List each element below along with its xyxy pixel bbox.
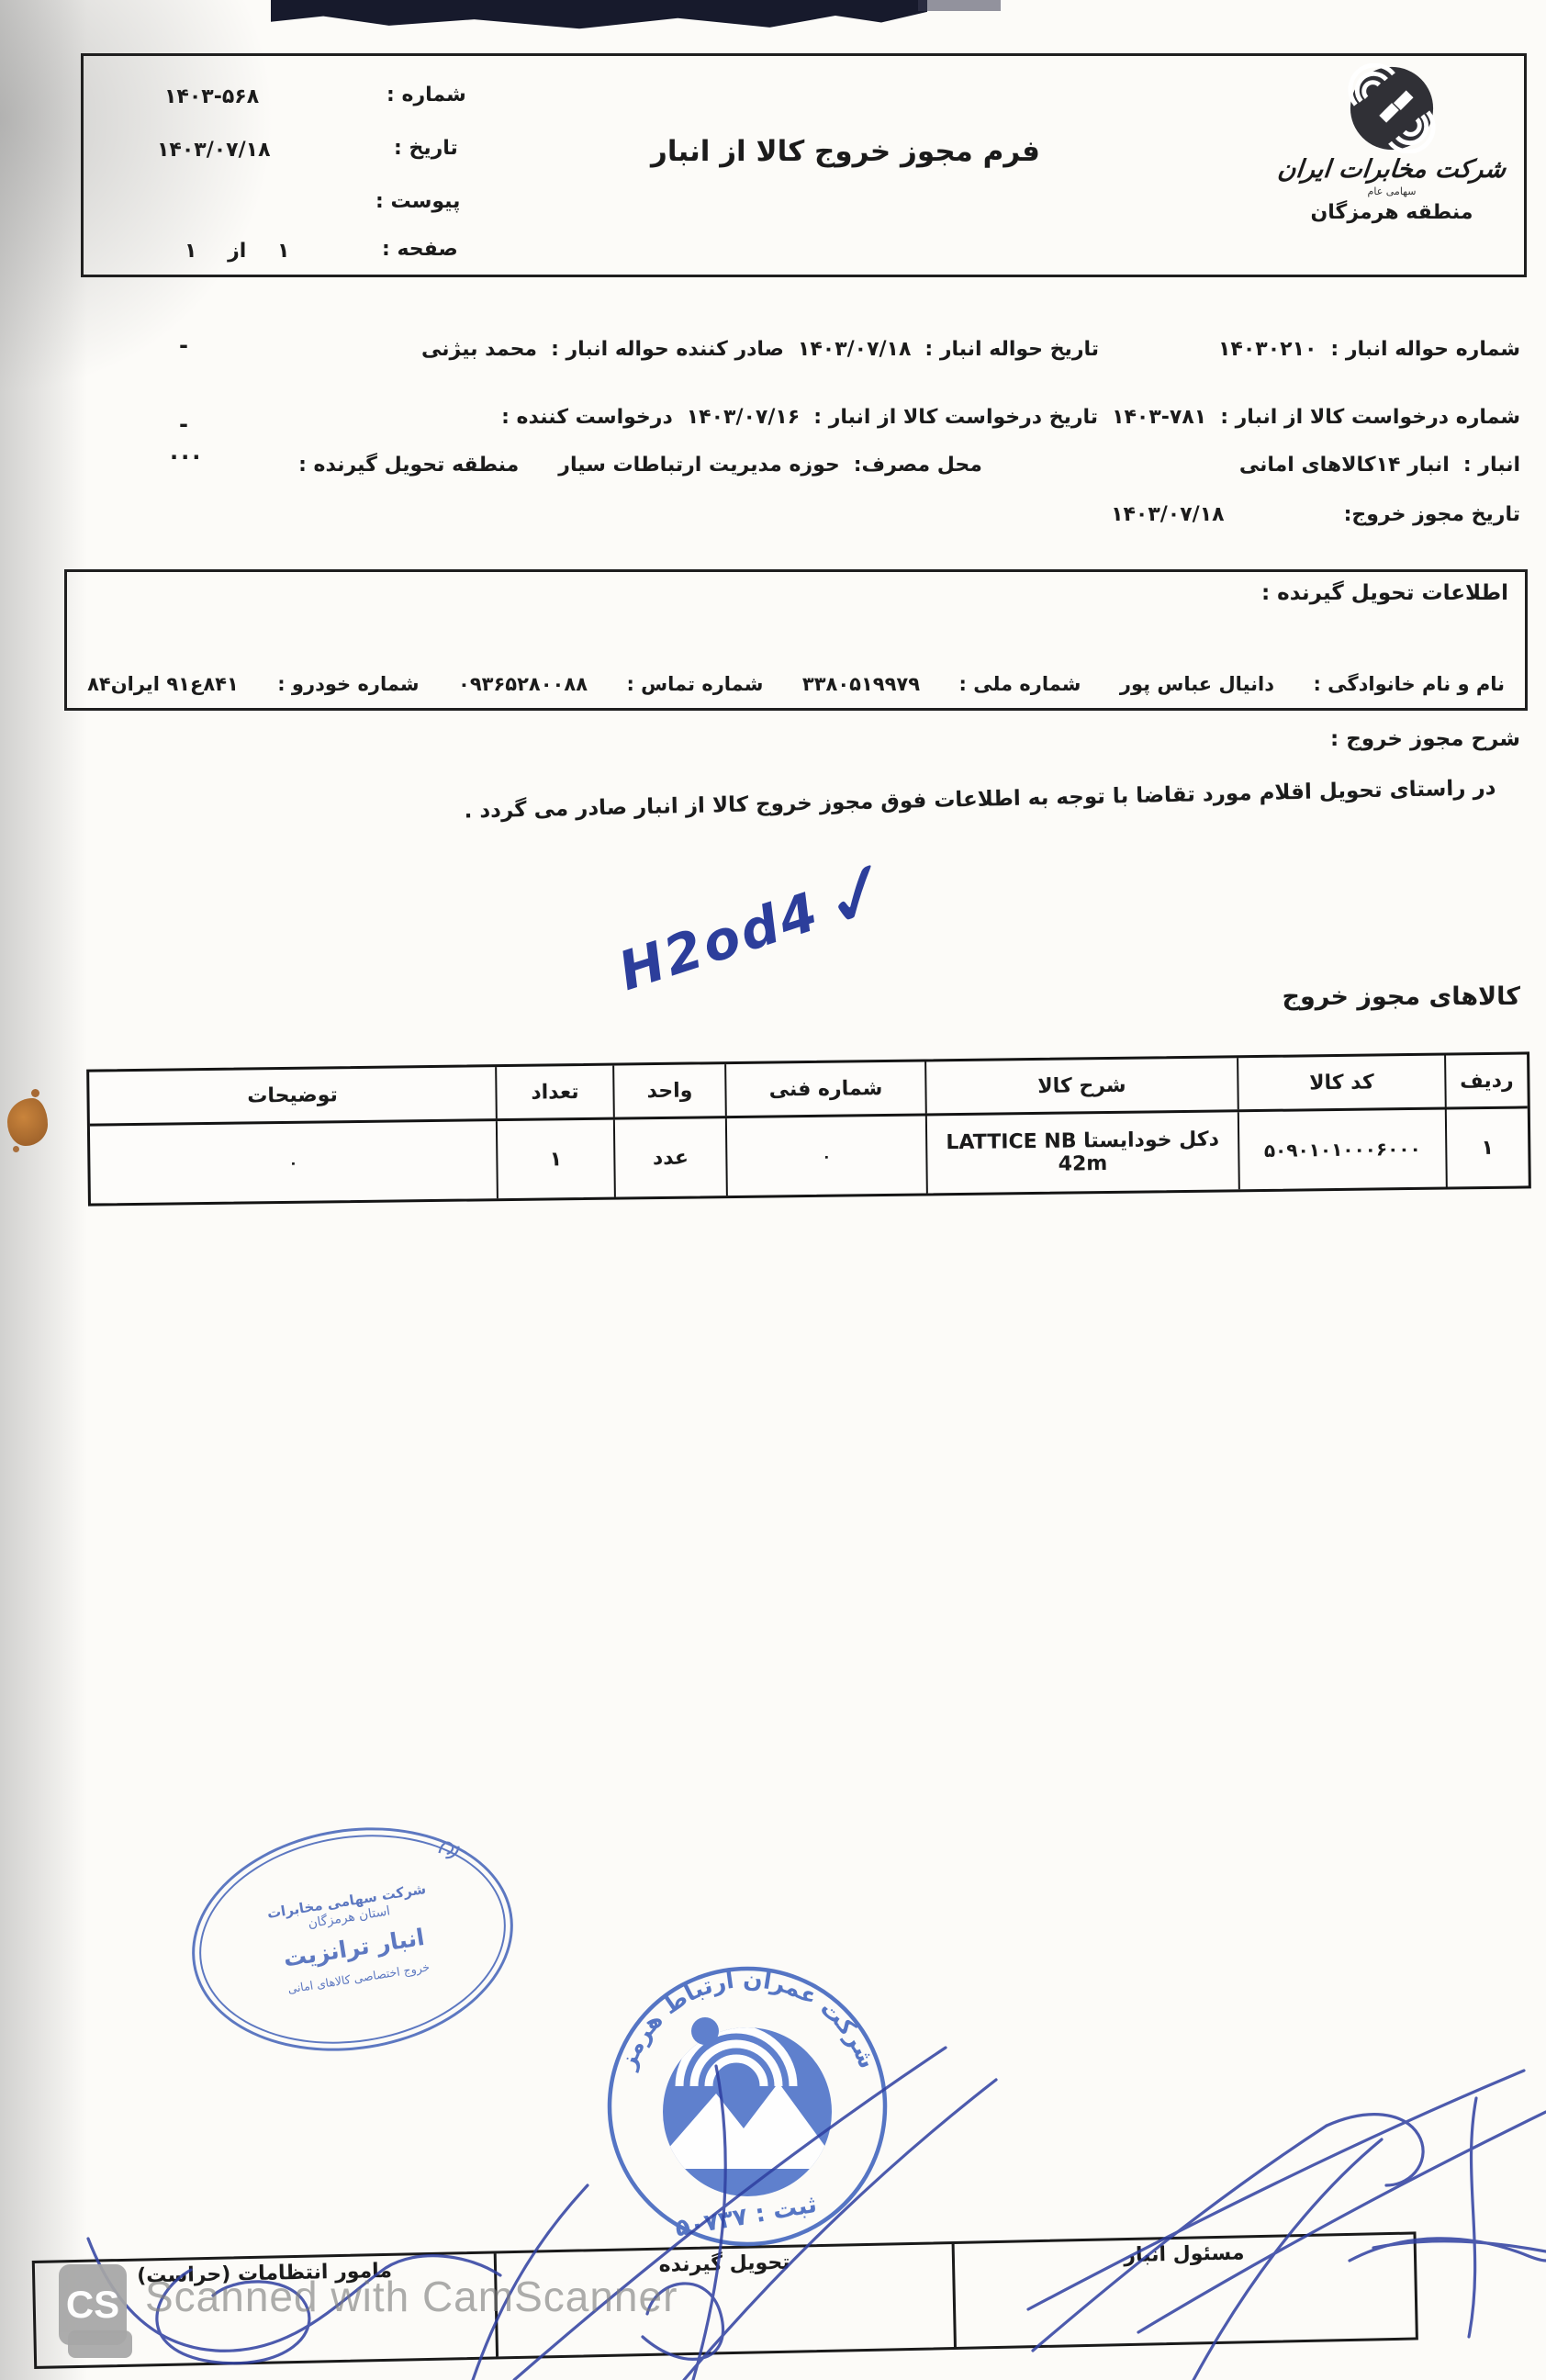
permit-desc-label: شرح مجوز خروج : — [1330, 727, 1520, 751]
cell-notes: ۰ — [288, 1153, 297, 1171]
page-number-value: ۱ از ۱ — [185, 240, 289, 263]
scanned-document-page: شماره : ۱۴۰۳-۵۶۸ تاریخ : ۱۴۰۳/۰۷/۱۸ پیوس… — [0, 0, 1546, 2380]
voucher-date-value: ۱۴۰۳/۰۷/۱۸ — [798, 338, 912, 361]
plate-value: ۸۴۱ع۹۱ ایران۸۴ — [87, 673, 239, 695]
items-table-data-row: ۱ ۵۰۹۰۱۰۱۰۰۰۶۰۰۰ دکل خودایستا LATTICE NB… — [90, 1108, 1529, 1203]
th-row-index: ردیف — [1446, 1054, 1528, 1106]
header-box: شماره : ۱۴۰۳-۵۶۸ تاریخ : ۱۴۰۳/۰۷/۱۸ پیوس… — [81, 53, 1527, 277]
company-logo-block: شرکت مخابرات ایران سهامی عام منطقه هرمزگ… — [1268, 60, 1516, 224]
national-id-label: شماره ملی : — [959, 673, 1081, 695]
phone-value: ۰۹۳۶۵۲۸۰۰۸۸ — [458, 673, 588, 695]
voucher-date-label: تاریخ حواله انبار : — [924, 338, 1099, 361]
info-row-warehouse: انبار : انبار ۱۴کالاهای امانی محل مصرف: … — [298, 454, 1520, 477]
form-title: فرم مجوز خروج کالا از انبار — [579, 135, 1112, 168]
receiver-info-title: اطلاعات تحویل گیرنده : — [1261, 581, 1508, 605]
company-subtitle: سهامی عام — [1268, 185, 1516, 197]
th-item-code: کد کالا — [1238, 1056, 1447, 1110]
item-desc-line2: 42m — [1059, 1152, 1108, 1176]
top-scan-band-tail — [918, 0, 1001, 11]
cell-tech-number: ۰ — [822, 1147, 831, 1164]
round-company-stamp: شرکت عمران ارتباط هرمز ثبت : ۵۰۷۳۷ — [599, 1948, 896, 2257]
cell-unit: عدد — [615, 1118, 728, 1196]
items-section-title: کالاهای مجوز خروج — [1283, 982, 1521, 1011]
exit-date-value: ۱۴۰۳/۰۷/۱۸ — [1111, 503, 1225, 526]
voucher-issuer-value: محمد بیژنی — [421, 338, 537, 361]
row2-dash: - — [179, 411, 188, 437]
voucher-number-label: شماره حواله انبار : — [1330, 338, 1520, 361]
tci-globe-logo-icon — [1347, 63, 1437, 153]
voucher-issuer-label: صادر کننده حواله انبار : — [551, 338, 784, 361]
requester-label: درخواست کننده : — [501, 406, 673, 429]
doc-number-label: شماره : — [386, 84, 466, 107]
request-number-value: ۱۴۰۳-۷۸۱ — [1112, 406, 1206, 429]
plate-label: شماره خودرو : — [277, 673, 419, 695]
national-id-value: ۳۳۸۰۵۱۹۹۷۹ — [802, 673, 920, 695]
usage-place-label: محل مصرف: — [854, 454, 982, 477]
request-number-label: شماره درخواست کالا از انبار : — [1220, 406, 1520, 429]
row1-dash: - — [179, 332, 188, 358]
voucher-number-value: ۱۴۰۳۰۲۱۰ — [1218, 338, 1316, 361]
cell-quantity: ۱ — [498, 1120, 616, 1199]
th-unit: واحد — [614, 1064, 727, 1117]
items-table: ردیف کد کالا شرح کالا شماره فنی واحد تعد… — [86, 1051, 1531, 1206]
receiver-name-value: دانیال عباس پور — [1120, 673, 1274, 695]
page-number-label: صفحه : — [382, 238, 458, 261]
phone-label: شماره تماس : — [626, 673, 763, 695]
doc-date-label: تاریخ : — [394, 137, 458, 160]
doc-date-value: ۱۴۰۳/۰۷/۱۸ — [157, 139, 271, 162]
camscanner-logo: CS — [59, 2264, 127, 2345]
cell-row-index: ۱ — [1447, 1108, 1529, 1186]
paper-stain — [7, 1098, 48, 1146]
info-row-exit-date: تاریخ مجوز خروج: ۱۴۰۳/۰۷/۱۸ — [1111, 503, 1520, 526]
request-date-value: ۱۴۰۳/۰۷/۱۶ — [687, 406, 801, 429]
delivery-region-label: منطقه تحویل گیرنده : — [298, 454, 519, 477]
top-scan-band — [271, 0, 927, 31]
footer-cell-warehouse-keeper: مسئول انبار — [955, 2234, 1416, 2346]
receiver-info-line: نام و نام خانوادگی : دانیال عباس پور شما… — [87, 673, 1505, 695]
exit-date-label: تاریخ مجوز خروج: — [1344, 503, 1520, 526]
row3-dots: ... — [170, 439, 203, 465]
oval-transit-stamp: شرکت سهامی مخابرات استان هرمزگان انبار ت… — [175, 1805, 529, 2073]
receiver-info-box: اطلاعات تحویل گیرنده : نام و نام خانوادگ… — [64, 569, 1528, 711]
attachment-label: پیوست : — [375, 190, 460, 213]
usage-place-value: حوزه مدیریت ارتباطات سیار — [558, 454, 839, 477]
receiver-name-label: نام و نام خانوادگی : — [1313, 673, 1505, 695]
warehouse-value: انبار ۱۴کالاهای امانی — [1239, 454, 1450, 477]
paper-stain-dot — [31, 1089, 39, 1097]
info-row-voucher: شماره حواله انبار : ۱۴۰۳۰۲۱۰ تاریخ حواله… — [421, 338, 1520, 361]
region-name: منطقه هرمزگان — [1268, 201, 1516, 224]
item-desc-line1: دکل خودایستا LATTICE NB — [946, 1128, 1219, 1155]
th-item-desc: شرح کالا — [926, 1058, 1239, 1113]
request-date-label: تاریخ درخواست کالا از انبار : — [813, 406, 1098, 429]
th-notes: توضیحات — [89, 1067, 498, 1123]
warehouse-label: انبار : — [1463, 454, 1520, 477]
company-name: شرکت مخابرات ایران — [1266, 155, 1517, 184]
th-quantity: تعداد — [497, 1066, 615, 1119]
oval-stamp-text: شرکت سهامی مخابرات استان هرمزگان انبار ت… — [195, 1824, 510, 2055]
cell-item-code: ۵۰۹۰۱۰۱۰۰۰۶۰۰۰ — [1264, 1138, 1421, 1162]
camscanner-watermark-text: Scanned with CamScanner — [145, 2272, 678, 2321]
stamp-sun-dot — [691, 2017, 719, 2045]
th-tech-number: شماره فنی — [726, 1061, 927, 1116]
info-row-request: شماره درخواست کالا از انبار : ۱۴۰۳-۷۸۱ ت… — [501, 406, 1520, 429]
paper-stain-dot — [13, 1146, 19, 1152]
handwriting-text: H2od4 — [611, 880, 828, 1003]
doc-number-value: ۱۴۰۳-۵۶۸ — [164, 85, 259, 108]
cell-item-desc: دکل خودایستا LATTICE NB 42m — [927, 1112, 1240, 1193]
